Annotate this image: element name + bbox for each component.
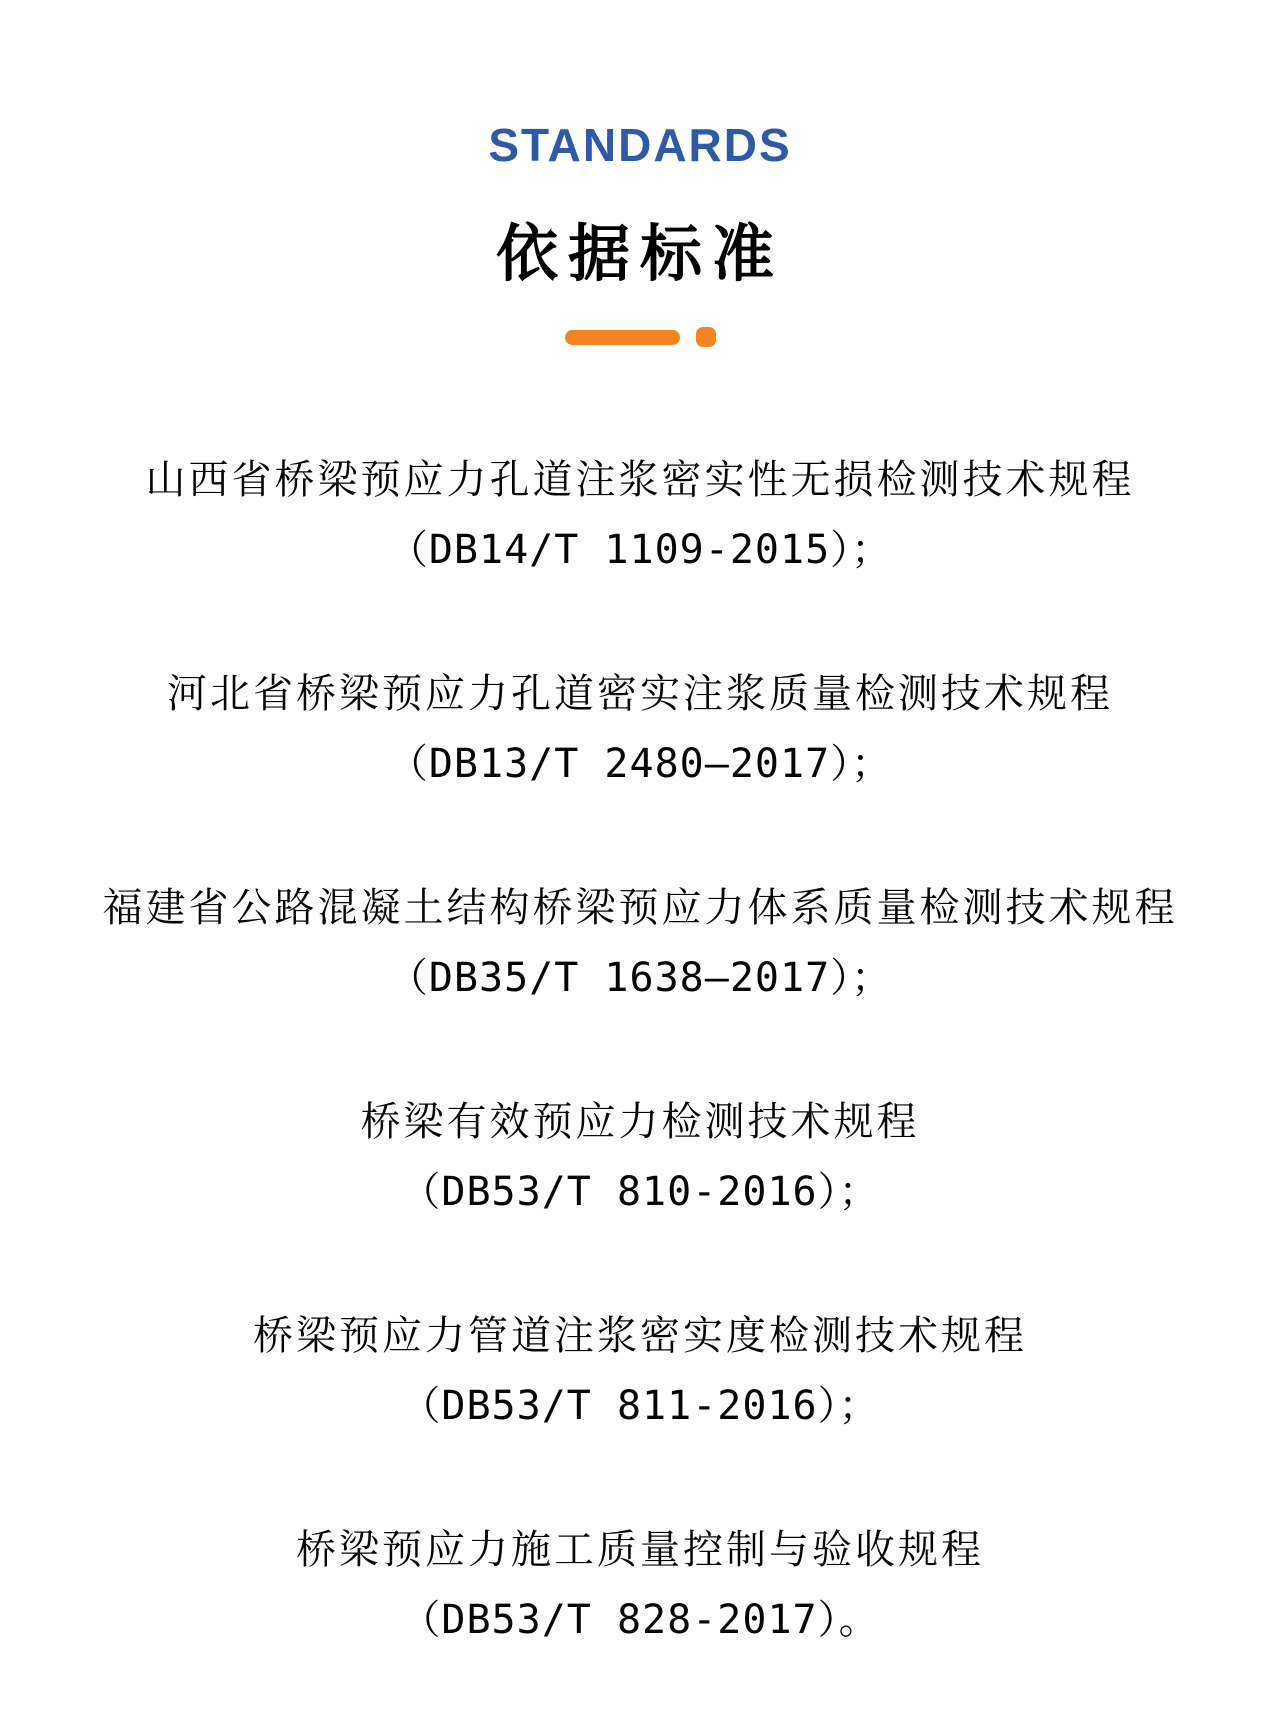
page-title-chinese: 依据标准: [0, 219, 1280, 291]
standard-entry: 山西省桥梁预应力孔道注浆密实性无损检测技术规程 （DB14/T 1109-201…: [0, 445, 1280, 585]
page-title-english: STANDARDS: [0, 0, 1280, 172]
standard-code: （DB13/T 2480—2017）；: [0, 729, 1280, 799]
standard-title: 山西省桥梁预应力孔道注浆密实性无损检测技术规程: [0, 445, 1280, 515]
standard-title: 桥梁有效预应力检测技术规程: [0, 1087, 1280, 1157]
standard-title: 桥梁预应力管道注浆密实度检测技术规程: [0, 1301, 1280, 1371]
standard-entry: 福建省公路混凝土结构桥梁预应力体系质量检测技术规程 （DB35/T 1638—2…: [0, 873, 1280, 1013]
standards-list: 山西省桥梁预应力孔道注浆密实性无损检测技术规程 （DB14/T 1109-201…: [0, 445, 1280, 1655]
standards-page: STANDARDS 依据标准 山西省桥梁预应力孔道注浆密实性无损检测技术规程 （…: [0, 0, 1280, 1734]
standard-entry: 桥梁有效预应力检测技术规程 （DB53/T 810-2016）；: [0, 1087, 1280, 1227]
standard-code: （DB53/T 811-2016）；: [0, 1371, 1280, 1441]
divider-bar-shape: [565, 330, 680, 345]
standard-entry: 桥梁预应力施工质量控制与验收规程 （DB53/T 828-2017）。: [0, 1515, 1280, 1655]
standard-title: 河北省桥梁预应力孔道密实注浆质量检测技术规程: [0, 659, 1280, 729]
standard-title: 桥梁预应力施工质量控制与验收规程: [0, 1515, 1280, 1585]
standard-title: 福建省公路混凝土结构桥梁预应力体系质量检测技术规程: [0, 873, 1280, 943]
standard-entry: 桥梁预应力管道注浆密实度检测技术规程 （DB53/T 811-2016）；: [0, 1301, 1280, 1441]
standard-code: （DB14/T 1109-2015）；: [0, 515, 1280, 585]
standard-code: （DB53/T 810-2016）；: [0, 1157, 1280, 1227]
standard-code: （DB53/T 828-2017）。: [0, 1585, 1280, 1655]
divider-dot-shape: [696, 327, 716, 347]
standard-code: （DB35/T 1638—2017）；: [0, 943, 1280, 1013]
standard-entry: 河北省桥梁预应力孔道密实注浆质量检测技术规程 （DB13/T 2480—2017…: [0, 659, 1280, 799]
section-divider: [0, 329, 1280, 345]
